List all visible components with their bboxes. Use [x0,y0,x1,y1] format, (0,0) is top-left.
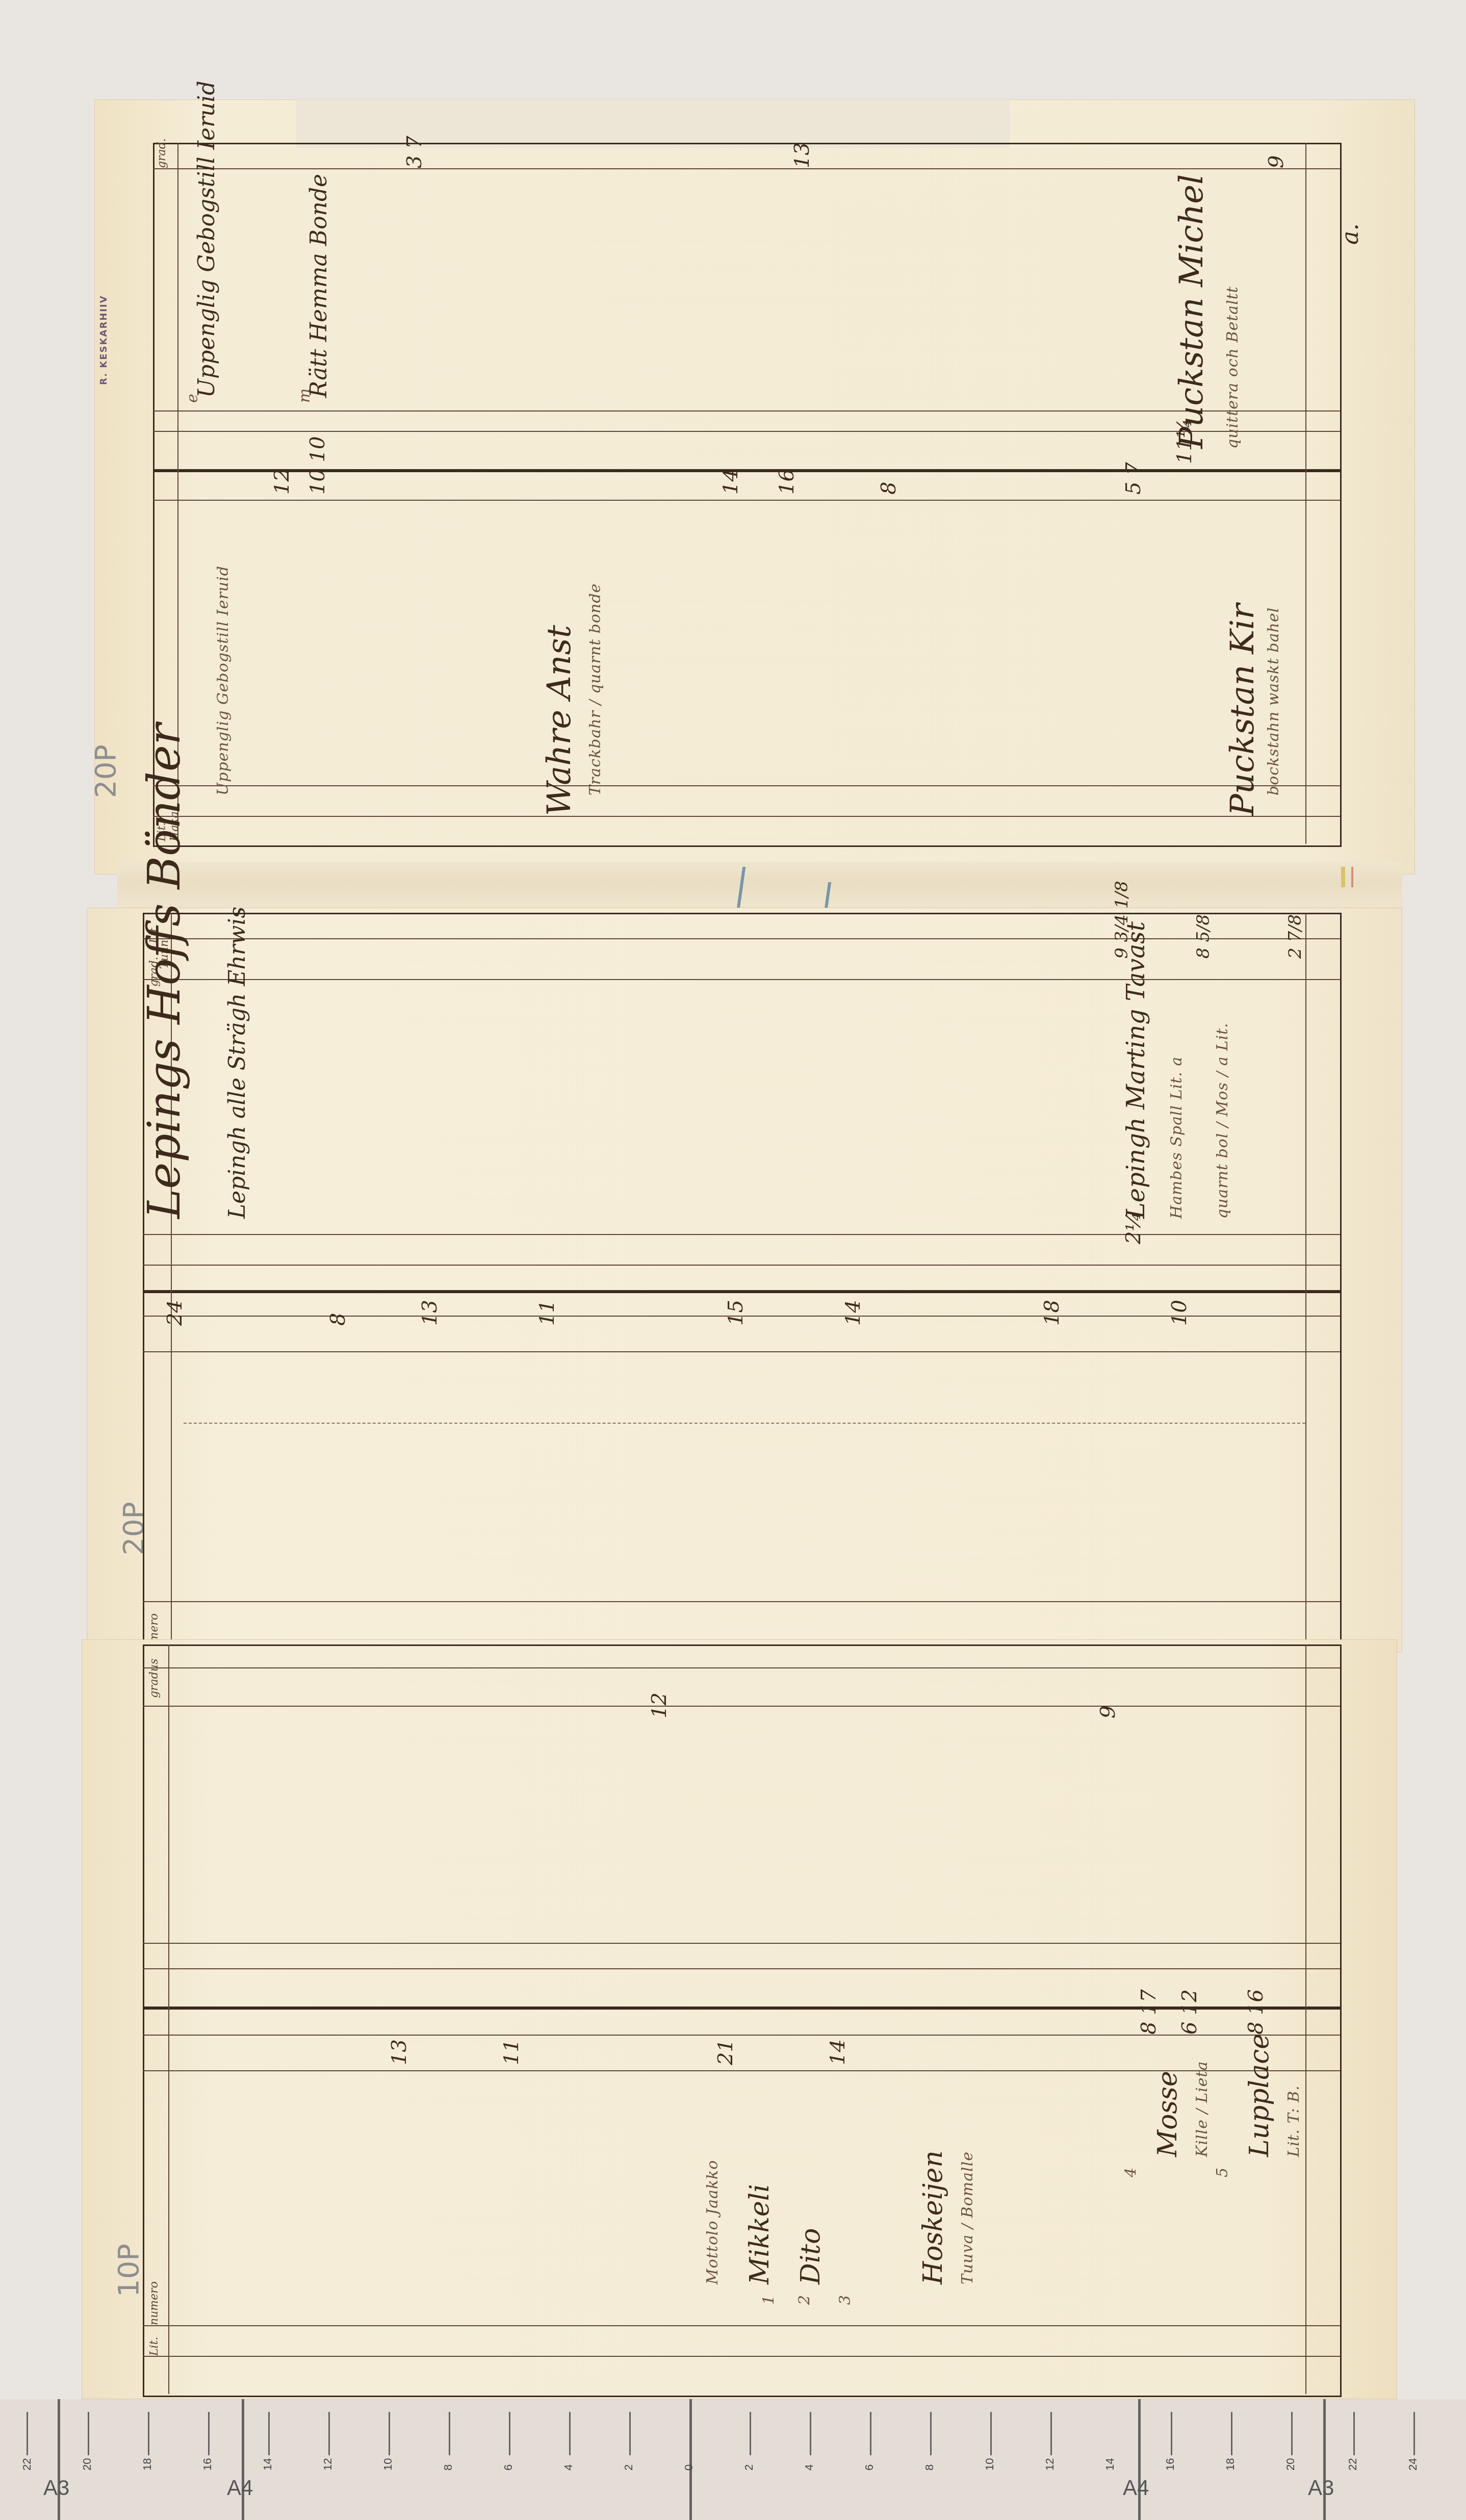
row-line [153,431,1340,432]
amount: 16 [775,469,799,495]
section-subtitle: Lepingh alle Strägh Ehrwis [224,907,250,1219]
table-frame-bottom [143,1644,1342,2397]
row-line [153,785,1340,786]
ruler-label: 16 [1164,2458,1177,2471]
ruler-label: 20 [81,2458,94,2471]
ruler-label: 18 [141,2458,154,2471]
ruler-label: 12 [321,2458,335,2471]
ruler-format-label: A4 [1123,2476,1149,2500]
amount: 8 [877,482,901,495]
ruler-tick [629,2412,631,2455]
entry-text: Trackbahr / quarnt bonde [586,583,604,795]
entry-text: Uppenglig Gebogstill Ieruid [214,565,232,795]
amount: 2 7/8 [1285,914,1305,959]
sheet-join-strip [117,862,1402,913]
entry-name: Lepingh Marting Tavast [1122,921,1150,1219]
ruler-tick [1413,2412,1415,2455]
ruler-label: 6 [502,2464,515,2471]
column-line [1305,143,1306,844]
page-letter: a. [1336,223,1364,245]
amount: 8 5/8 [1193,914,1214,959]
red-mark [1351,867,1353,887]
entry-text: Hambes Spall Lit. a [1168,1057,1186,1219]
ruler-label: 0 [682,2464,696,2471]
section-title: Lepings Hoffs Bönder [138,724,190,1219]
amount: 9 3/4 1/8 [1112,881,1132,959]
ruler-label: 16 [201,2458,214,2471]
entry-text: Mottolo Jaakko [704,2160,722,2284]
entry-letter: 5 [1214,2167,1231,2177]
amount: 3 7 [403,136,426,168]
ruler-tick-major [242,2399,244,2520]
ruler-label: 10 [983,2458,996,2471]
entry-letter: 1 [760,2295,778,2305]
entry-name: Dito [795,2228,826,2284]
table-frame-middle [143,913,1342,1648]
header-lit: Lit. [148,2337,161,2356]
row-line [143,1706,1340,1707]
amount: 6 12 [1178,1989,1201,2035]
ruler-label: 24 [1406,2458,1420,2471]
ruler-format-label: A3 [43,2476,69,2500]
ruler-label: 14 [1103,2458,1117,2471]
amount: 9 [1265,156,1288,168]
amount: 24 [163,1300,187,1326]
amount: 13 [790,142,814,168]
column-line [1305,913,1306,1644]
ruler-label: 20 [1284,2458,1297,2471]
ruler-tick [569,2412,571,2455]
amount: 11 [500,2039,523,2065]
amount: 12 [648,1692,671,1718]
ruler-label: 18 [1224,2458,1237,2471]
ruler-label: 22 [20,2458,34,2471]
row-line [143,2356,1340,2357]
ruler-tick [1291,2412,1293,2455]
column-line [1305,1644,1306,2394]
ruler-label: 22 [1346,2458,1359,2471]
entry-name: Mosse [1152,2071,1183,2157]
amount: 14 [719,469,742,495]
row-line [143,1234,1340,1235]
entry-name: Wahre Anst [541,625,578,816]
row-line [143,938,1340,939]
ruler-tick [1171,2412,1172,2455]
ruler-tick [990,2412,992,2455]
row-line [143,2035,1340,2036]
entry-name: Puckstan Michel [1173,174,1211,449]
entry-name: Puckstan Kir [1224,604,1262,816]
ruler-tick-major [58,2399,60,2520]
amount: 13 [418,1300,442,1326]
row-line [143,1968,1340,1969]
entry-value: 2¼ [1122,1212,1145,1244]
entry-text: Kille / Lieta [1193,2061,1211,2157]
ruler-tick [88,2412,89,2455]
entry-text: Lit. T: B. [1285,2085,1303,2157]
entry-text: Uppenglig Gebogstill Ieruid [194,81,220,398]
entry-letter: 4 [1122,2167,1140,2177]
entry-text: Rätt Hemma Bonde [306,174,332,398]
entry-name: Lupplace [1244,2034,1275,2157]
amount: 5 7 [1122,462,1145,495]
amount: 10 [1168,1300,1191,1326]
ruler-label: 4 [562,2464,575,2471]
entry-letter: 2 [795,2295,813,2305]
header-grad: grad. [156,138,168,168]
ruler-tick-major [1323,2399,1326,2520]
column-line [168,1644,169,2394]
ruler-label: 14 [261,2458,274,2471]
entry-letter: 3 [836,2295,854,2305]
ruler-label: 8 [442,2464,455,2471]
ruler-label: 2 [742,2464,756,2471]
entry-text: quarnt bol / Mos / a Lit. [1214,1022,1231,1219]
entry-value: 11¼ [1173,418,1196,464]
section-divider [153,469,1340,472]
amount: 8 16 [1244,1989,1268,2035]
row-line [143,2325,1340,2326]
ruler-tick [1353,2412,1355,2455]
row-line [143,1667,1340,1668]
row-line [143,1351,1340,1352]
blue-ink-line [736,867,746,913]
amount: 11 [535,1300,559,1326]
header-numero: numero [148,2281,161,2325]
row-line [143,1601,1340,1602]
amount: 13 [388,2039,411,2065]
amount: 14 [826,2039,850,2065]
amount: 12 [270,469,294,495]
ruler-tick [148,2412,149,2455]
ruler-tick [27,2412,28,2455]
amount: 8 17 [1137,1989,1161,2035]
amount: 21 [714,2039,737,2065]
row-line [153,410,1340,412]
row-line [143,1943,1340,1944]
ruler-format-label: A3 [1308,2476,1334,2500]
amount: 18 [1040,1300,1064,1326]
ruler-tick [449,2412,450,2455]
archive-stamp: R. KESKARHIIV [98,295,109,385]
ruler-tick [268,2412,270,2455]
amount: 15 [724,1300,748,1326]
ruler-tick [389,2412,390,2455]
ruler-tick [810,2412,811,2455]
ruler-label: 4 [803,2464,816,2471]
ruler-tick-major [1138,2399,1141,2520]
entry-text: bockstahn waskt bahel [1265,607,1282,795]
entry-text: Tuuva / Bomalle [959,2151,976,2284]
ruler-tick-major [689,2399,692,2520]
ruler-tick [870,2412,871,2455]
ruler-label: 2 [622,2464,635,2471]
ruler-label: 12 [1043,2458,1057,2471]
header-gradus: gradus [148,1659,161,1698]
ruler-tick [1231,2412,1232,2455]
entry-name: Mikkeli [744,2184,775,2284]
ruler-tick [509,2412,510,2455]
pencil-mark: 10P [112,2244,145,2297]
amount: 10 10 [306,436,329,495]
row-line [143,1265,1340,1266]
row-line [143,979,1340,980]
section-divider [143,1290,1340,1293]
ruler-tick [750,2412,751,2455]
ruler-tick [328,2412,330,2455]
row-line [153,500,1340,501]
pencil-mark: 20P [89,744,122,798]
entry-text: quittera och Betaltt [1224,286,1242,449]
ruler-format-label: A4 [227,2476,253,2500]
ruler-label: 8 [923,2464,936,2471]
amount: 9 [1096,1706,1120,1718]
yellow-mark [1341,867,1345,887]
measuring-ruler: 22 20 18 16 14 12 10 8 6 4 2 0 2 4 6 8 1… [0,2399,1466,2520]
ruler-tick [208,2412,210,2455]
entry-name: Hoskeijen [918,2150,948,2284]
ruler-label: 10 [381,2458,395,2471]
dotted-guide [184,1423,1305,1424]
ruler-tick [930,2412,932,2455]
ruler-tick [1050,2412,1052,2455]
ruler-label: 6 [863,2464,876,2471]
row-line [153,816,1340,817]
amount: 8 [326,1313,350,1326]
amount: 14 [841,1300,865,1326]
row-line [153,168,1340,169]
